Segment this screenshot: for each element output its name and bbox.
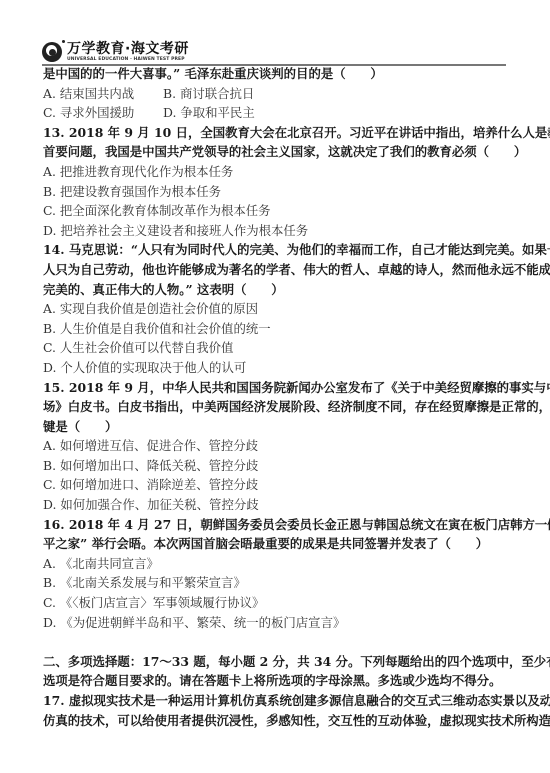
page-number: 3 — [0, 713, 550, 724]
logo-dot-icon — [62, 40, 65, 43]
logo-english-text: UNIVERSAL EDUCATION · HAIWEN TEST PREP — [67, 58, 189, 63]
question-12: 是中国的的一件大喜事。” 毛泽东赴重庆谈判的目的是（ ） A. 结束国共内战 B… — [43, 64, 513, 123]
section-heading-line: 选项是符合题目要求的。请在答题卡上将所选项的字母涂黑。多选或少选均不得分。 — [43, 671, 513, 691]
question-stem-line: 是中国的的一件大喜事。” 毛泽东赴重庆谈判的目的是（ ） — [43, 64, 513, 84]
question-14: 14. 马克思说：“人只有为同时代人的完美、为他们的幸福而工作，自己才能达到完美… — [43, 240, 513, 377]
option-b: B. 人生价值是自我价值和社会价值的统一 — [43, 319, 513, 339]
option-a: A. 结束国共内战 — [43, 84, 163, 104]
question-stem-line: 平之家” 举行会晤。本次两国首脑会晤最重要的成果是共同签署并发表了（ ） — [43, 534, 513, 554]
option-c: C. 把全面深化教育体制改革作为根本任务 — [43, 201, 513, 221]
question-13: 13. 2018 年 9 月 10 日，全国教育大会在北京召开。习近平在讲话中指… — [43, 123, 513, 241]
question-17: 17. 虚拟现实技术是一种运用计算机仿真系统创建多源信息融合的交互式三维动态实景… — [43, 691, 513, 730]
page-header: 万学教育·海文考研 UNIVERSAL EDUCATION · HAIWEN T… — [42, 41, 506, 65]
question-16: 16. 2018 年 4 月 27 日，朝鲜国务委员会委员长金正恩与韩国总统文在… — [43, 515, 513, 633]
question-stem-line: 17. 虚拟现实技术是一种运用计算机仿真系统创建多源信息融合的交互式三维动态实景… — [43, 691, 513, 711]
section-2-instructions: 二、多项选择题：17～33 题，每小题 2 分，共 34 分。下列每题给出的四个… — [43, 652, 513, 691]
option-a: A. 实现自我价值是创造社会价值的原因 — [43, 299, 513, 319]
option-c: C. 如何增加进口、消除逆差、管控分歧 — [43, 475, 513, 495]
option-d: D. 《为促进朝鲜半岛和平、繁荣、统一的板门店宣言》 — [43, 613, 513, 633]
section-spacer — [43, 632, 513, 652]
section-heading-line: 二、多项选择题：17～33 题，每小题 2 分，共 34 分。下列每题给出的四个… — [43, 652, 513, 672]
option-d: D. 个人价值的实现取决于他人的认可 — [43, 358, 513, 378]
question-stem-line: 16. 2018 年 4 月 27 日，朝鲜国务委员会委员长金正恩与韩国总统文在… — [43, 515, 513, 535]
question-stem-line: 13. 2018 年 9 月 10 日，全国教育大会在北京召开。习近平在讲话中指… — [43, 123, 513, 143]
option-b: B. 商讨联合抗日 — [163, 84, 283, 104]
option-b: B. 把建设教育强国作为根本任务 — [43, 182, 513, 202]
question-stem-line: 人只为自己劳动，他也许能够成为著名的学者、伟大的哲人、卓越的诗人，然而他永远不能… — [43, 260, 513, 280]
option-d: D. 把培养社会主义建设者和接班人作为根本任务 — [43, 221, 513, 241]
question-stem-line: 15. 2018 年 9 月，中华人民共和国国务院新闻办公室发布了《关于中美经贸… — [43, 378, 513, 398]
question-stem-line: 14. 马克思说：“人只有为同时代人的完美、为他们的幸福而工作，自己才能达到完美… — [43, 240, 513, 260]
option-b: B. 《北南关系发展与和平繁荣宣言》 — [43, 573, 513, 593]
option-a: A. 《北南共同宣言》 — [43, 554, 513, 574]
option-a: A. 如何增进互信、促进合作、管控分歧 — [43, 436, 513, 456]
option-c: C. 寻求外国援助 — [43, 103, 163, 123]
option-c: C. 《〈板门店宣言〉军事领域履行协议》 — [43, 593, 513, 613]
option-a: A. 把推进教育现代化作为根本任务 — [43, 162, 513, 182]
option-c: C. 人生社会价值可以代替自我价值 — [43, 338, 513, 358]
logo-chinese-text: 万学教育·海文考研 — [67, 42, 189, 56]
logo-swirl-icon — [42, 42, 62, 62]
brand-logo: 万学教育·海文考研 UNIVERSAL EDUCATION · HAIWEN T… — [42, 41, 189, 63]
option-b: B. 如何增加出口、降低关税、管控分歧 — [43, 456, 513, 476]
question-stem-line: 场》白皮书。白皮书指出，中美两国经济发展阶段、经济制度不同，存在经贸摩擦是正常的… — [43, 397, 513, 417]
option-d: D. 争取和平民主 — [163, 103, 283, 123]
question-15: 15. 2018 年 9 月，中华人民共和国国务院新闻办公室发布了《关于中美经贸… — [43, 378, 513, 515]
document-body: 是中国的的一件大喜事。” 毛泽东赴重庆谈判的目的是（ ） A. 结束国共内战 B… — [43, 64, 513, 730]
option-row: A. 结束国共内战 B. 商讨联合抗日 — [43, 84, 513, 104]
question-stem-line: 键是（ ） — [43, 417, 513, 437]
question-stem-line: 首要问题，我国是中国共产党领导的社会主义国家，这就决定了我们的教育必须（ ） — [43, 142, 513, 162]
option-d: D. 如何加强合作、加征关税、管控分歧 — [43, 495, 513, 515]
option-row: C. 寻求外国援助 D. 争取和平民主 — [43, 103, 513, 123]
question-stem-line: 完美的、真正伟大的人物。” 这表明（ ） — [43, 280, 513, 300]
